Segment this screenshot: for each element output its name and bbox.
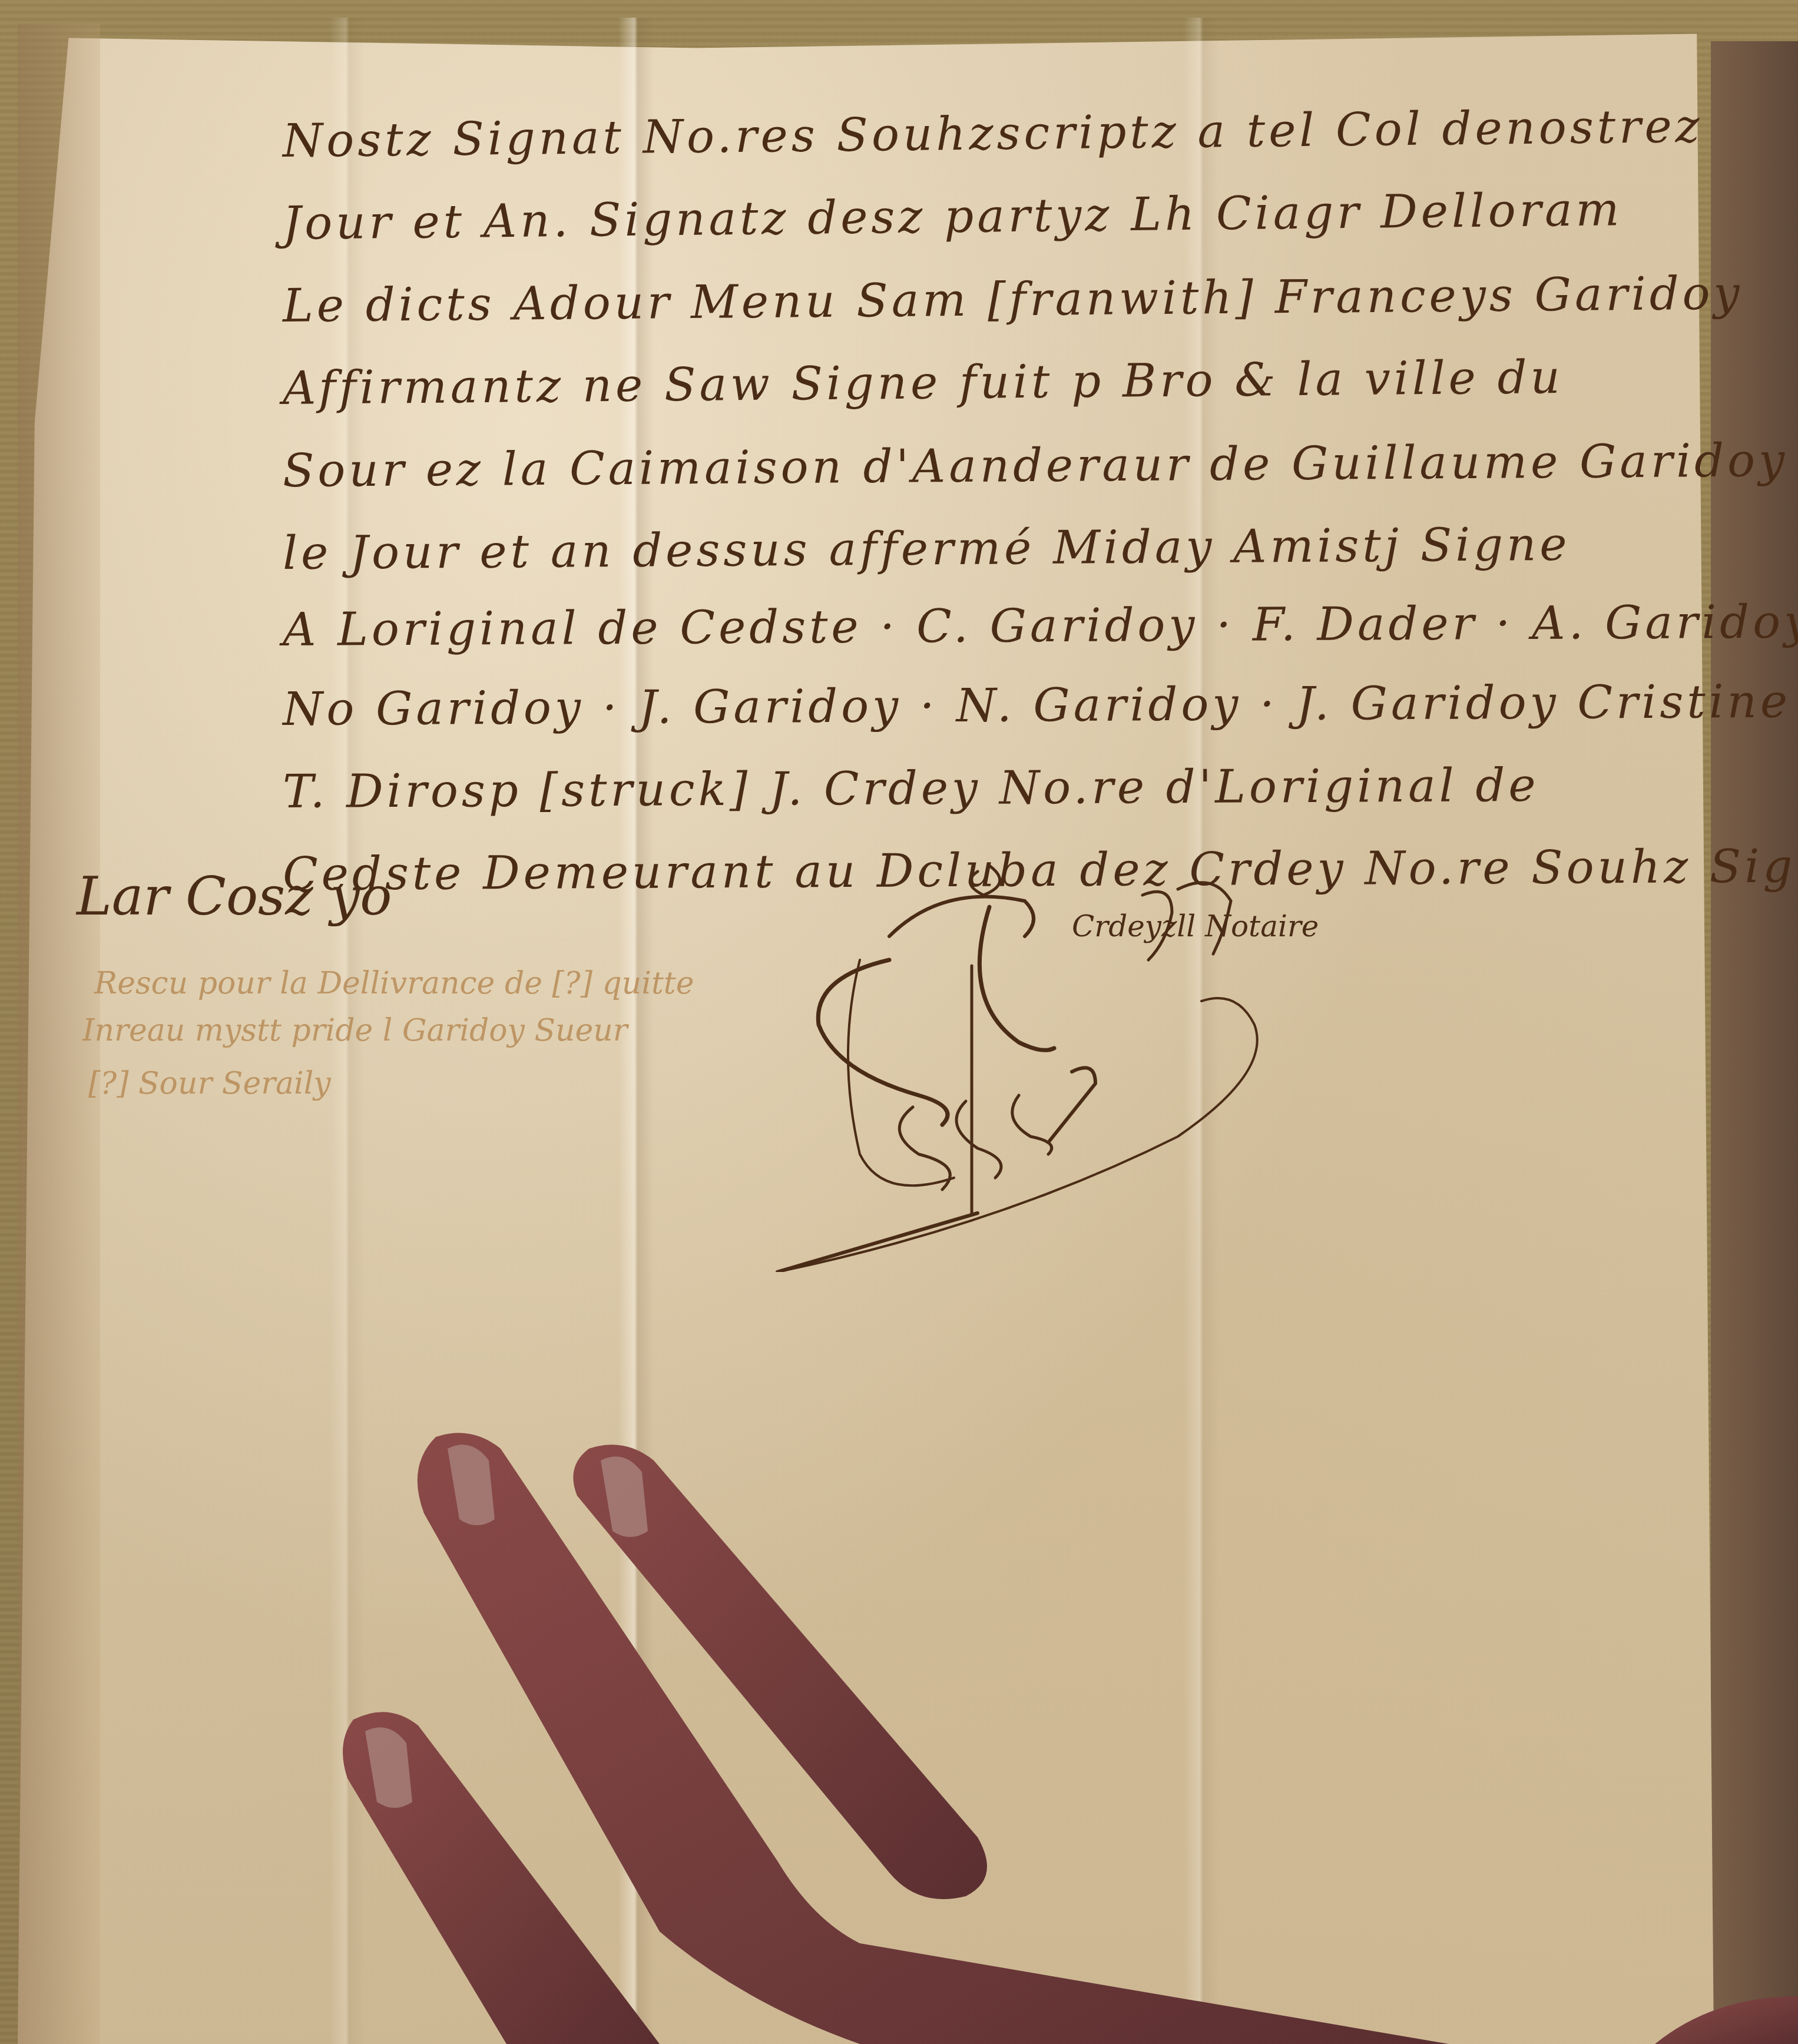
faded-line: Rescu pour la Dellivrance de [?] quitte	[94, 966, 694, 1001]
text-line: Sour ez la Caimaison d'Aanderaur de Guil…	[283, 434, 1789, 498]
hand-holding-document	[330, 1413, 1798, 2044]
text-line: No Garidoy · J. Garidoy · N. Garidoy · J…	[283, 675, 1791, 736]
notary-signature: Crdeyzll Notaire	[766, 848, 1413, 1272]
text-line: Affirmantz ne Saw Signe fuit p Bro & la …	[283, 351, 1564, 415]
signature-name: Crdeyzll Notaire	[1072, 909, 1319, 943]
text-line: T. Dirosp [struck] J. Crdey No.re d'Lori…	[283, 759, 1539, 819]
faded-line: Inreau mystt pride l Garidoy Sueur	[82, 1013, 628, 1048]
text-line: le Jour et an dessus affermé Miday Amist…	[283, 518, 1571, 580]
margin-note-dark: Lar Cosz yo	[77, 866, 392, 927]
faded-line: [?] Sour Seraily	[88, 1066, 331, 1101]
text-line: A Loriginal de Cedste · C. Garidoy · F. …	[283, 595, 1798, 657]
